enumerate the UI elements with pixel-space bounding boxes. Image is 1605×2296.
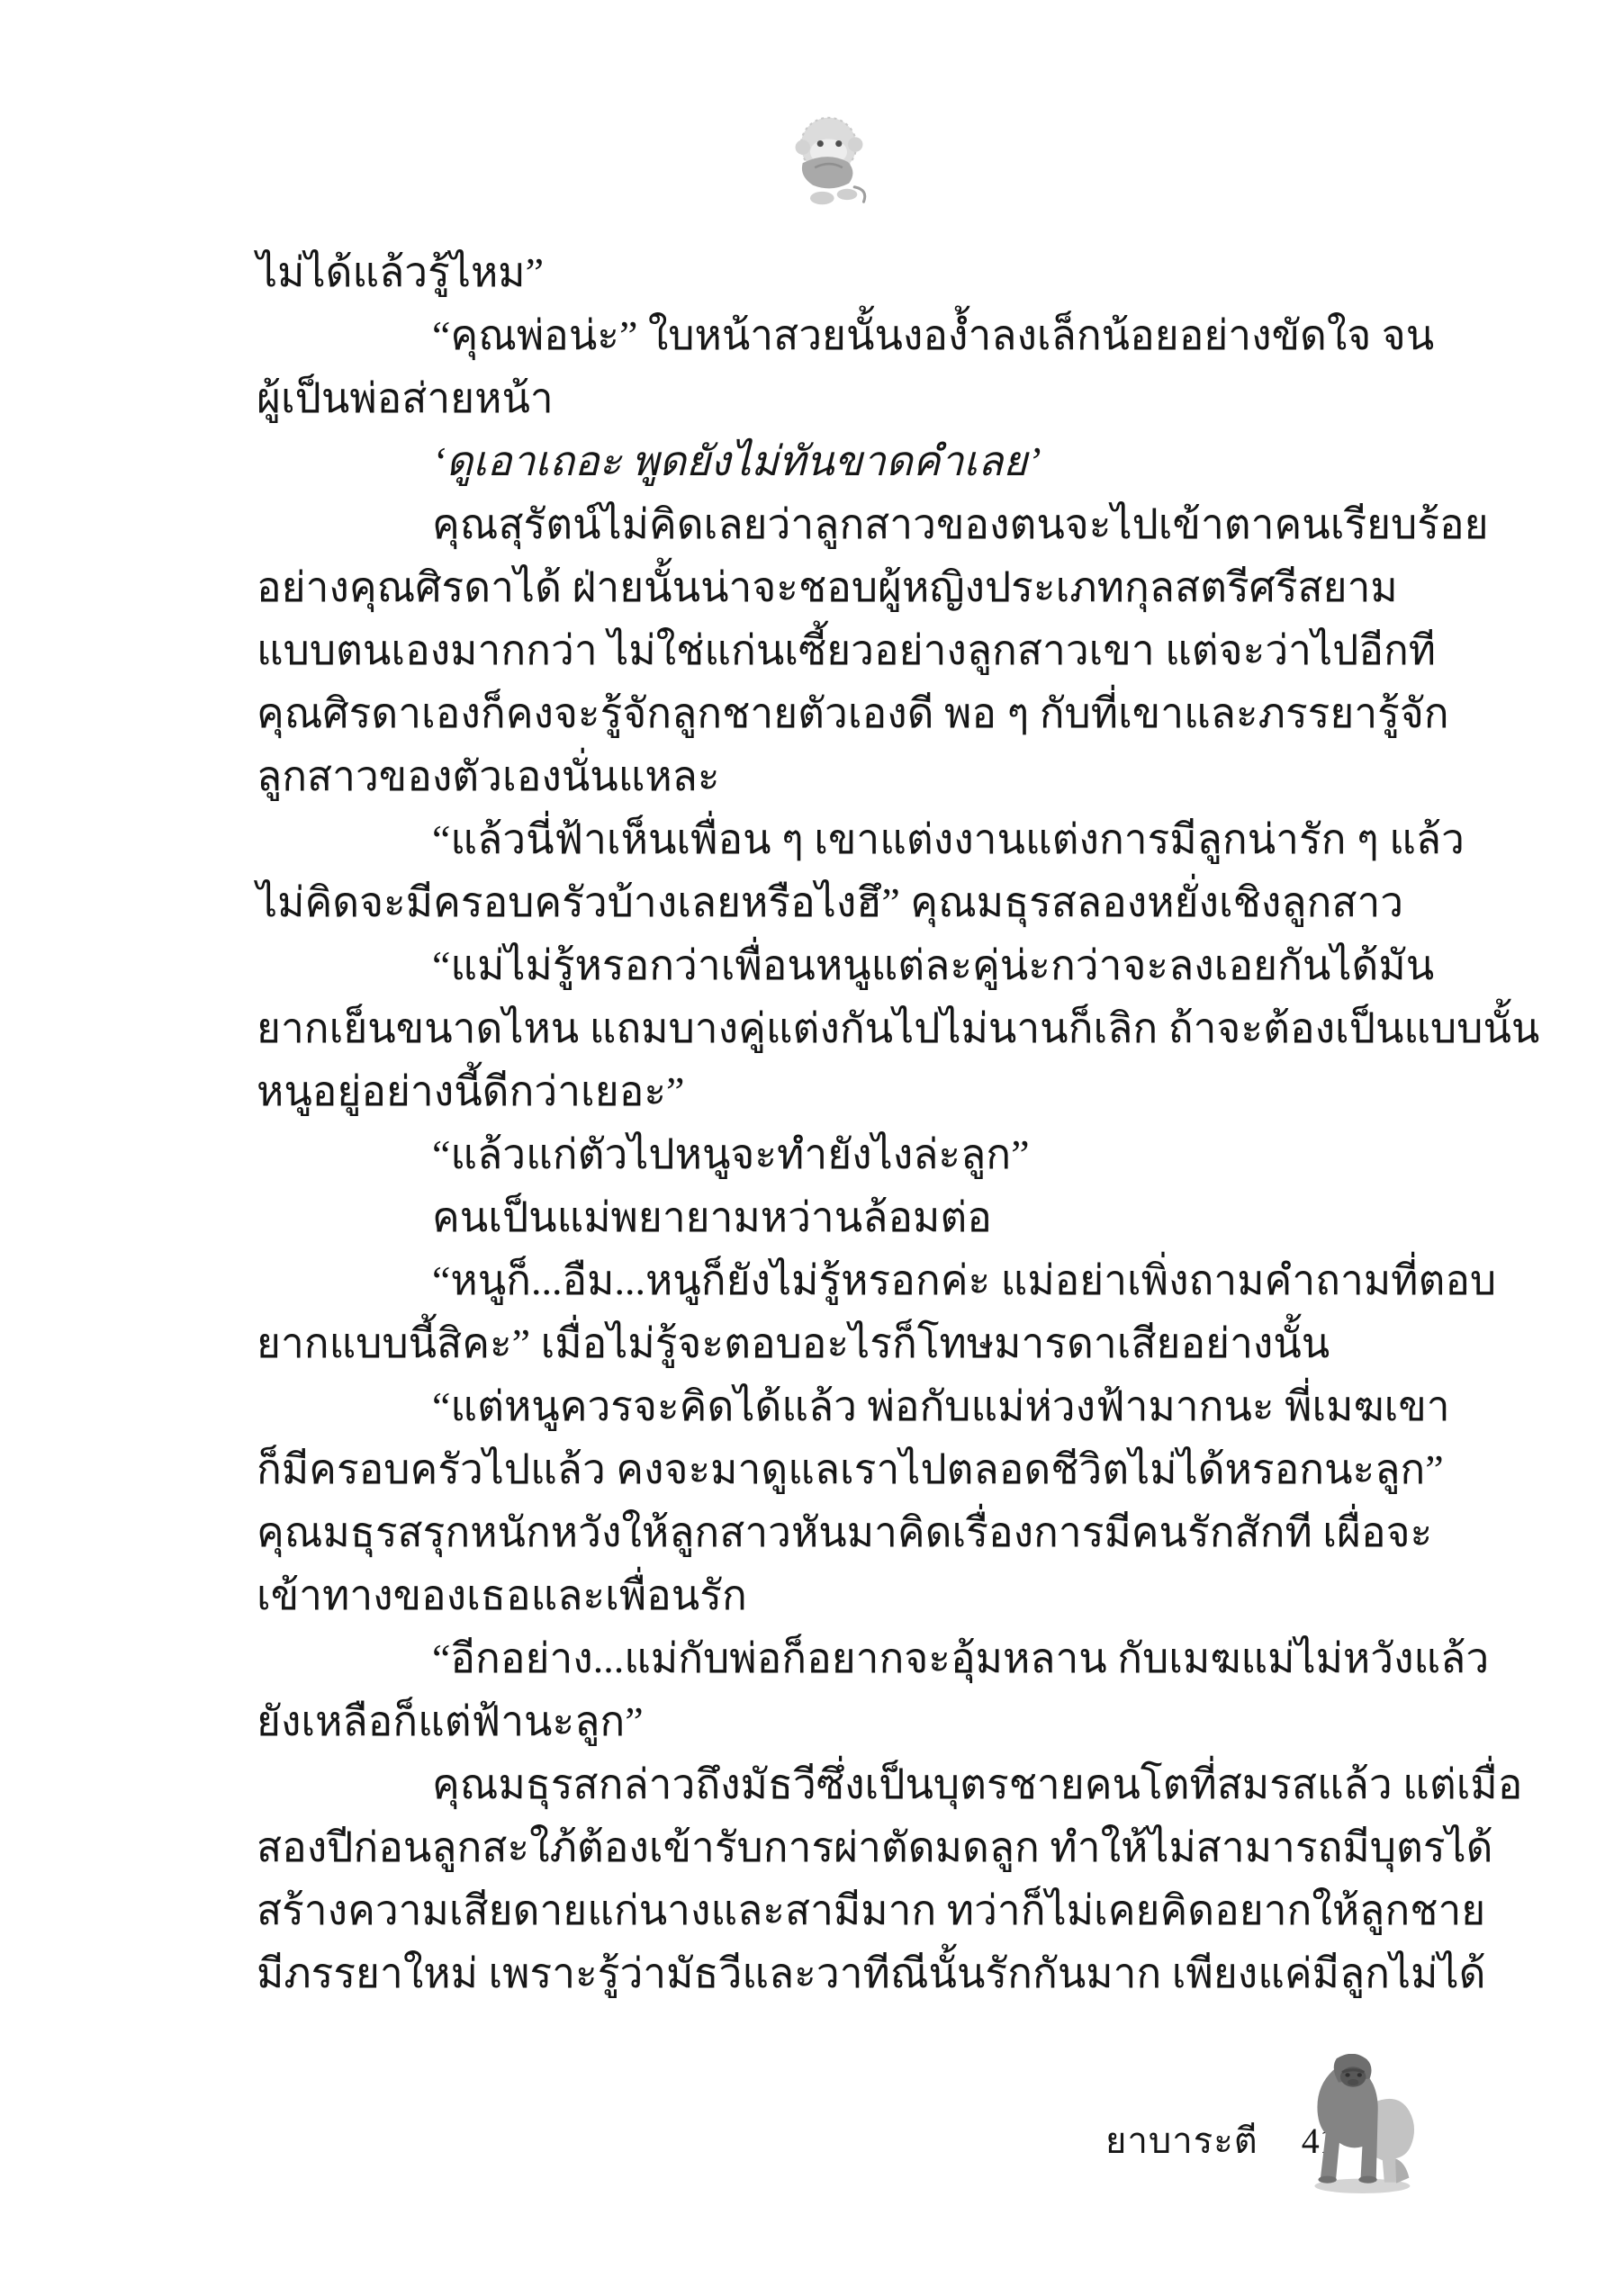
text-line: คุณมธุรสรุกหนักหวังให้ลูกสาวหันมาคิดเรื่… [257, 1501, 1409, 1564]
text-line: ‘ดูเอาเถอะ พูดยังไม่ทันขาดคำเลย’ [257, 430, 1409, 493]
baby-gorilla-sketch-icon [776, 110, 882, 211]
text-line: เข้าทางของเธอและเพื่อนรัก [257, 1564, 1409, 1627]
text-line: สร้างความเสียดายแก่นางและสามีมาก ทว่าก็ไ… [257, 1879, 1409, 1942]
gorilla-sketch-icon [1305, 2054, 1429, 2196]
book-page: ไม่ได้แล้วรู้ไหม”“คุณพ่อน่ะ” ใบหน้าสวยนั… [0, 0, 1605, 2296]
text-line: “แม่ไม่รู้หรอกว่าเพื่อนหนูแต่ละคู่น่ะกว่… [257, 934, 1409, 997]
text-line: คุณมธุรสกล่าวถึงมัธวีซึ่งเป็นบุตรชายคนโต… [257, 1753, 1409, 1816]
text-line: “แต่หนูควรจะคิดได้แล้ว พ่อกับแม่ห่วงฟ้าม… [257, 1375, 1409, 1438]
text-line: “หนูก็...อืม...หนูก็ยังไม่รู้หรอกค่ะ แม่… [257, 1249, 1409, 1312]
text-line: มีภรรยาใหม่ เพราะรู้ว่ามัธวีและวาทีณีนั้… [257, 1942, 1409, 2005]
text-line: คนเป็นแม่พยายามหว่านล้อมต่อ [257, 1186, 1409, 1249]
text-line: ลูกสาวของตัวเองนั่นแหละ [257, 745, 1409, 808]
text-line: ยากเย็นขนาดไหน แถมบางคู่แต่งกันไปไม่นานก… [257, 997, 1409, 1060]
text-line: ยากแบบนี้สิคะ” เมื่อไม่รู้จะตอบอะไรก็โทษ… [257, 1312, 1409, 1375]
text-line: หนูอยู่อย่างนี้ดีกว่าเยอะ” [257, 1060, 1409, 1123]
body-text: ไม่ได้แล้วรู้ไหม”“คุณพ่อน่ะ” ใบหน้าสวยนั… [257, 241, 1409, 2005]
page-footer: ยาบาระตี 41 [1105, 2111, 1338, 2169]
text-line: ไม่คิดจะมีครอบครัวบ้างเลยหรือไงฮึ” คุณมธ… [257, 871, 1409, 934]
text-line: ยังเหลือก็แต่ฟ้านะลูก” [257, 1690, 1409, 1753]
text-line: “คุณพ่อน่ะ” ใบหน้าสวยนั้นงอง้ำลงเล็กน้อย… [257, 304, 1409, 367]
text-line: ก็มีครอบครัวไปแล้ว คงจะมาดูแลเราไปตลอดชี… [257, 1438, 1409, 1501]
text-line: สองปีก่อนลูกสะใภ้ต้องเข้ารับการผ่าตัดมดล… [257, 1816, 1409, 1879]
running-title: ยาบาระตี [1105, 2111, 1258, 2169]
text-line: อย่างคุณศิรดาได้ ฝ่ายนั้นน่าจะชอบผู้หญิง… [257, 556, 1409, 619]
text-line: “อีกอย่าง...แม่กับพ่อก็อยากจะอุ้มหลาน กั… [257, 1627, 1409, 1690]
text-line: “แล้วแก่ตัวไปหนูจะทำยังไงล่ะลูก” [257, 1123, 1409, 1186]
text-line: “แล้วนี่ฟ้าเห็นเพื่อน ๆ เขาแต่งงานแต่งกา… [257, 808, 1409, 871]
text-line: ผู้เป็นพ่อส่ายหน้า [257, 367, 1409, 430]
text-line: คุณสุรัตน์ไม่คิดเลยว่าลูกสาวของตนจะไปเข้… [257, 493, 1409, 556]
text-line: ไม่ได้แล้วรู้ไหม” [257, 241, 1409, 304]
text-line: คุณศิรดาเองก็คงจะรู้จักลูกชายตัวเองดี พอ… [257, 682, 1409, 745]
text-line: แบบตนเองมากกว่า ไม่ใช่แก่นเซี้ยวอย่างลูก… [257, 619, 1409, 682]
